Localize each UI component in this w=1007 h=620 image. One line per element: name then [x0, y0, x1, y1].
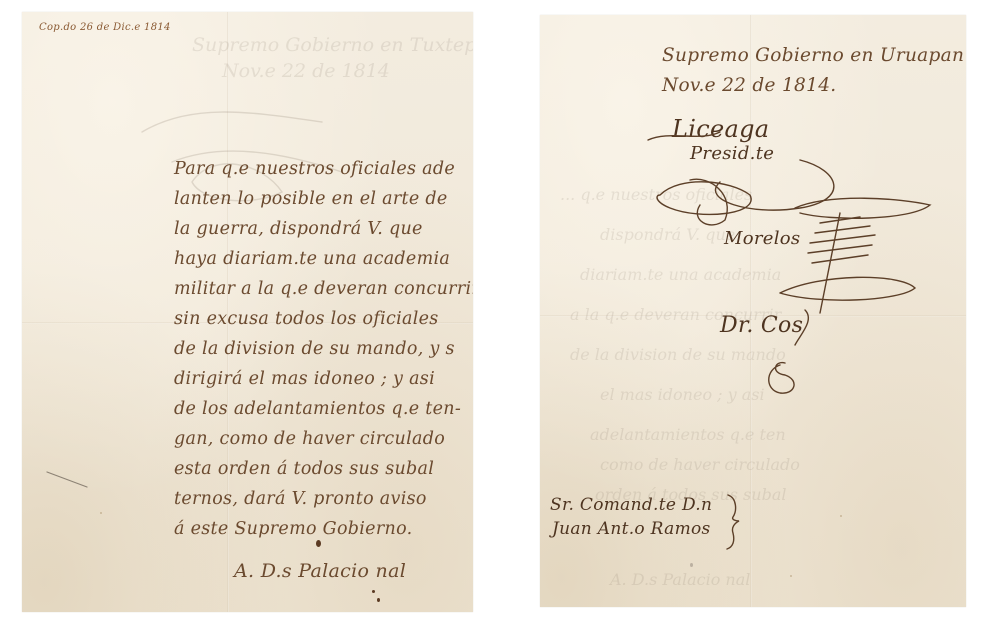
ink-blot	[316, 540, 321, 547]
bleed-through-text: adelantamientos q.e ten	[590, 425, 786, 444]
paper-speck	[790, 575, 792, 577]
margin-note: Cop.do 26 de Dic.e 1814	[39, 22, 171, 33]
closing-line: A. D.s Palacio nal	[234, 560, 406, 582]
signature-morelos: Morelos	[724, 228, 800, 249]
body-line: Para q.e nuestros oficiales ade	[174, 159, 455, 179]
body-line: la guerra, dispondrá V. que	[174, 219, 423, 239]
body-line: de los adelantamientos q.e ten-	[174, 399, 461, 419]
paper-speck	[690, 563, 693, 567]
bleed-through-text: diariam.te una academia	[580, 265, 781, 284]
bleed-through-heading-2: Nov.e 22 de 1814	[222, 60, 390, 82]
body-line: ternos, dará V. pronto aviso	[174, 489, 427, 509]
heading-line-1: Supremo Gobierno en Uruapan	[662, 45, 964, 66]
manuscript-page-left: Supremo Gobierno en Tuxtepec Nov.e 22 de…	[22, 12, 473, 612]
body-line: gan, como de haver circulado	[174, 429, 445, 449]
heading-line-2: Nov.e 22 de 1814.	[662, 75, 836, 96]
paper-speck	[840, 515, 842, 517]
body-line: sin excusa todos los oficiales	[174, 309, 439, 329]
signature-rubric-cos	[755, 305, 825, 409]
body-line: á este Supremo Gobierno.	[174, 519, 412, 539]
body-line: militar a la q.e deveran concurrir	[174, 279, 473, 299]
addressee-line-2: Juan Ant.o Ramos	[552, 519, 711, 539]
body-line: lanten lo posible en el arte de	[174, 189, 448, 209]
body-line: haya diariam.te una academia	[174, 249, 450, 269]
ink-blot	[372, 590, 375, 593]
addressee-line-1: Sr. Comand.te D.n	[550, 495, 712, 515]
body-line: dirigirá el mas idoneo ; y asi	[174, 369, 435, 389]
paper-speck	[100, 512, 102, 514]
manuscript-page-right: ... q.e nuestros oficiales dispondrá V. …	[540, 15, 966, 607]
bleed-through-heading-1: Supremo Gobierno en Tuxtepec	[192, 34, 473, 56]
addressee-brace	[725, 493, 745, 557]
stray-pen-mark	[42, 467, 102, 501]
body-line: de la division de su mando, y s	[174, 339, 455, 359]
bleed-through-text: A. D.s Palacio nal	[610, 570, 750, 589]
ink-blot	[377, 598, 380, 602]
bleed-through-text: el mas idoneo ; y asi	[600, 385, 765, 404]
bleed-through-text: de la division de su mando	[570, 345, 786, 364]
body-line: esta orden á todos sus subal	[174, 459, 434, 479]
bleed-through-text: como de haver circulado	[600, 455, 800, 474]
